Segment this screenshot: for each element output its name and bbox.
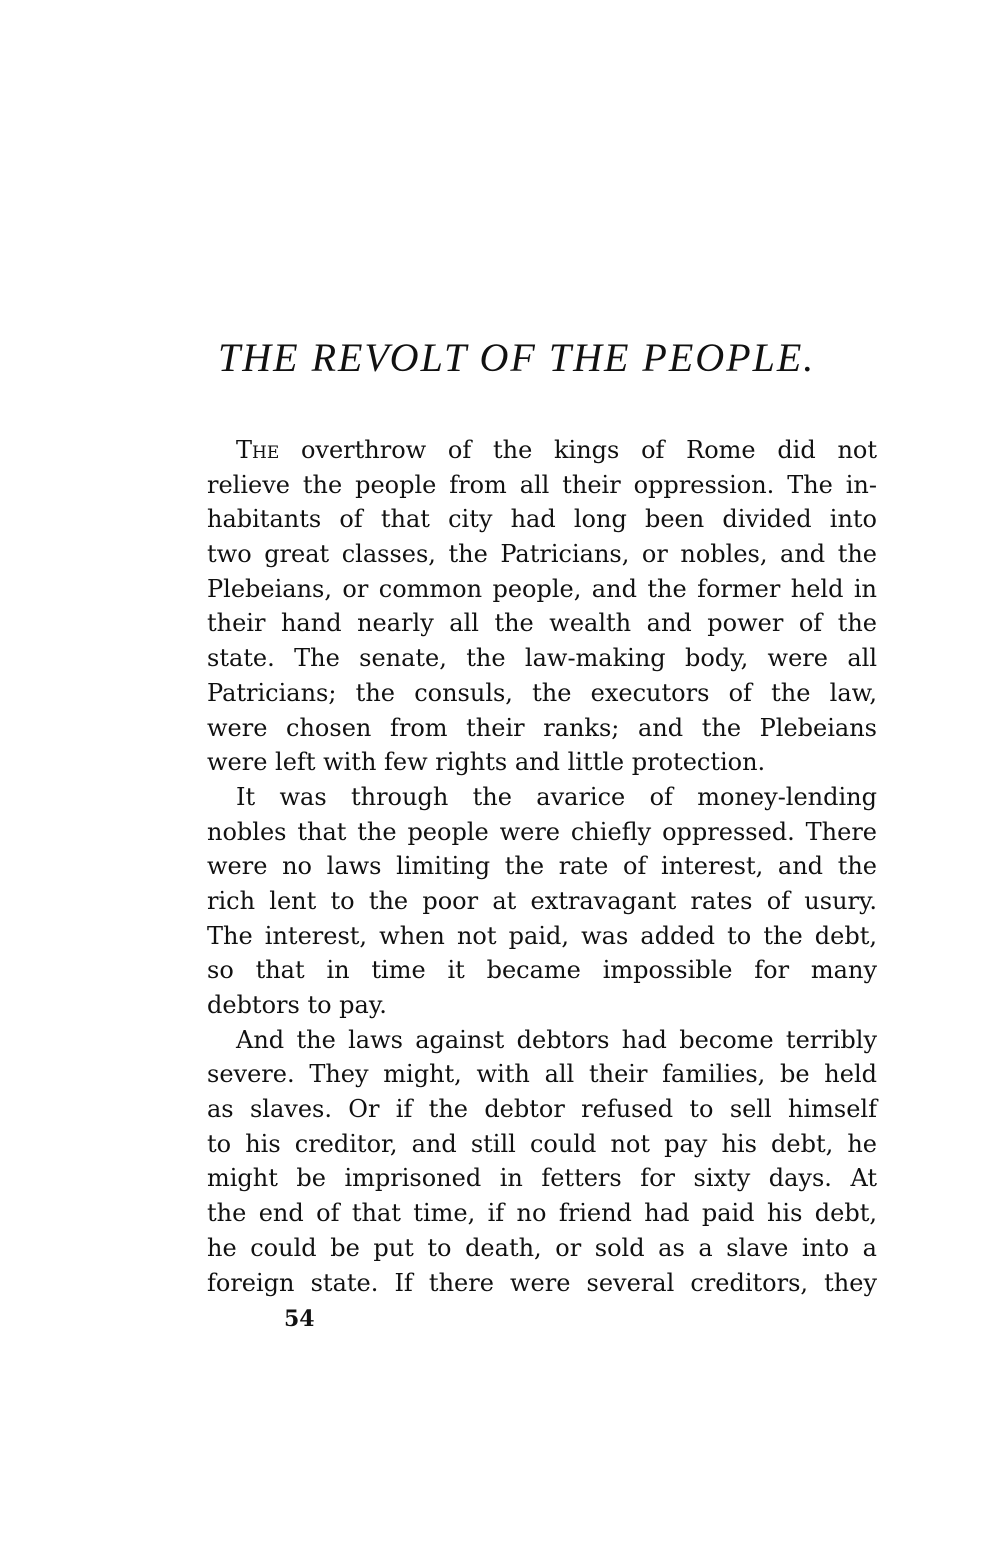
text-line: might be imprisoned in fetters for sixty…: [207, 1161, 877, 1196]
text-line: to his creditor, and still could not pay…: [207, 1127, 877, 1162]
text-line: relieve the people from all their oppres…: [207, 468, 877, 503]
text-line: severe. They might, with all their famil…: [207, 1057, 877, 1092]
text-line: habitants of that city had long been div…: [207, 502, 877, 537]
text-line: two great classes, the Patricians, or no…: [207, 537, 877, 572]
page-number: 54: [284, 1306, 315, 1332]
paragraph-1: The overthrow of the kings of Rome did n…: [207, 433, 877, 780]
text-line: the end of that time, if no friend had p…: [207, 1196, 877, 1231]
text-line: It was through the avarice of money-lend…: [207, 780, 877, 815]
text-line: debtors to pay.: [207, 988, 877, 1023]
small-caps-lead: The: [236, 436, 279, 464]
text-line: were chosen from their ranks; and the Pl…: [207, 711, 877, 746]
text-line: The overthrow of the kings of Rome did n…: [207, 433, 877, 468]
body-text: The overthrow of the kings of Rome did n…: [207, 433, 877, 1300]
book-page: THE REVOLT OF THE PEOPLE. The overthrow …: [0, 0, 1000, 1542]
text-line: Plebeians, or common people, and the for…: [207, 572, 877, 607]
text-line: nobles that the people were chiefly oppr…: [207, 815, 877, 850]
text-line: state. The senate, the law-making body, …: [207, 641, 877, 676]
text-line: as slaves. Or if the debtor refused to s…: [207, 1092, 877, 1127]
text-line: Patricians; the consuls, the executors o…: [207, 676, 877, 711]
text-line: And the laws against debtors had become …: [207, 1023, 877, 1058]
text-line: so that in time it became impossible for…: [207, 953, 877, 988]
text-line: rich lent to the poor at extravagant rat…: [207, 884, 877, 919]
text-line: were no laws limiting the rate of intere…: [207, 849, 877, 884]
text-line: he could be put to death, or sold as a s…: [207, 1231, 877, 1266]
paragraph-2: It was through the avarice of money-lend…: [207, 780, 877, 1023]
text-line: foreign state. If there were several cre…: [207, 1266, 877, 1301]
paragraph-3: And the laws against debtors had become …: [207, 1023, 877, 1301]
text-line: their hand nearly all the wealth and pow…: [207, 606, 877, 641]
text-line: were left with few rights and little pro…: [207, 745, 877, 780]
text-line: The interest, when not paid, was added t…: [207, 919, 877, 954]
chapter-title: THE REVOLT OF THE PEOPLE.: [218, 334, 878, 381]
